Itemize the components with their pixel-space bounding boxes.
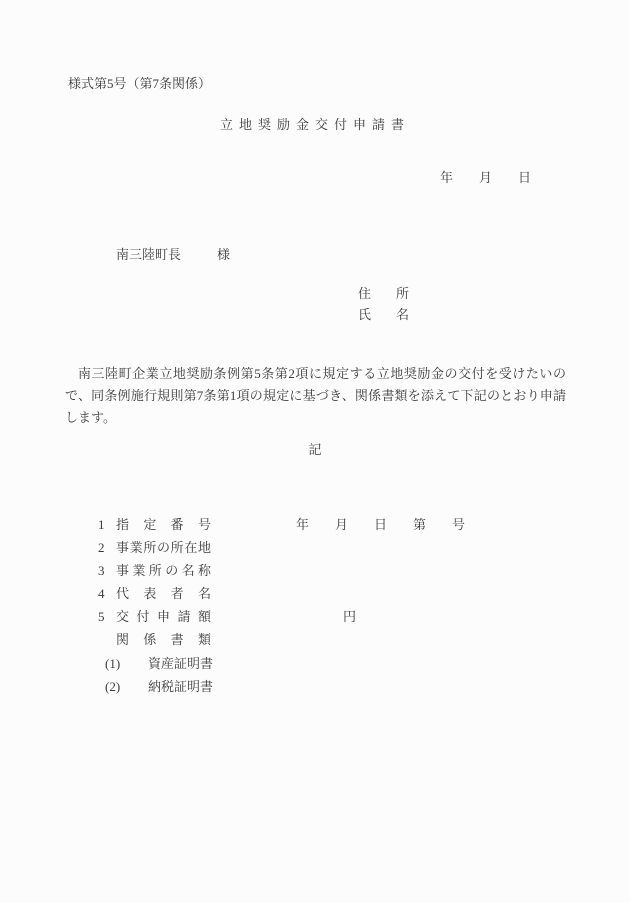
item-value: 年 月 日 第 号 xyxy=(296,517,465,533)
attachment-row-tax-certificate: (2)納税証明書 xyxy=(92,663,213,711)
applicant-address-label: 住 所 xyxy=(358,286,415,302)
attachment-label: 納税証明書 xyxy=(148,679,213,694)
form-number: 様式第5号（第7条関係） xyxy=(68,76,211,92)
body-paragraph: 南三陸町企業立地奨励条例第5条第2項に規定する立地奨励金の交付を受けたいので、同… xyxy=(65,363,566,429)
addressee-honorific: 様 xyxy=(217,247,230,263)
attachment-number: (2) xyxy=(105,679,148,695)
addressee-name: 南三陸町長 xyxy=(116,247,181,262)
addressee-line: 南三陸町長様 xyxy=(103,231,230,279)
record-marker: 記 xyxy=(0,442,630,458)
applicant-name-label: 氏 名 xyxy=(358,307,415,323)
item-value: 円 xyxy=(343,609,356,625)
date-line: 年 月 日 xyxy=(440,170,531,186)
document-title: 立地奨励金交付申請書 xyxy=(0,117,630,133)
application-form-page: 様式第5号（第7条関係） 立地奨励金交付申請書 年 月 日 南三陸町長様 住 所… xyxy=(0,0,630,903)
